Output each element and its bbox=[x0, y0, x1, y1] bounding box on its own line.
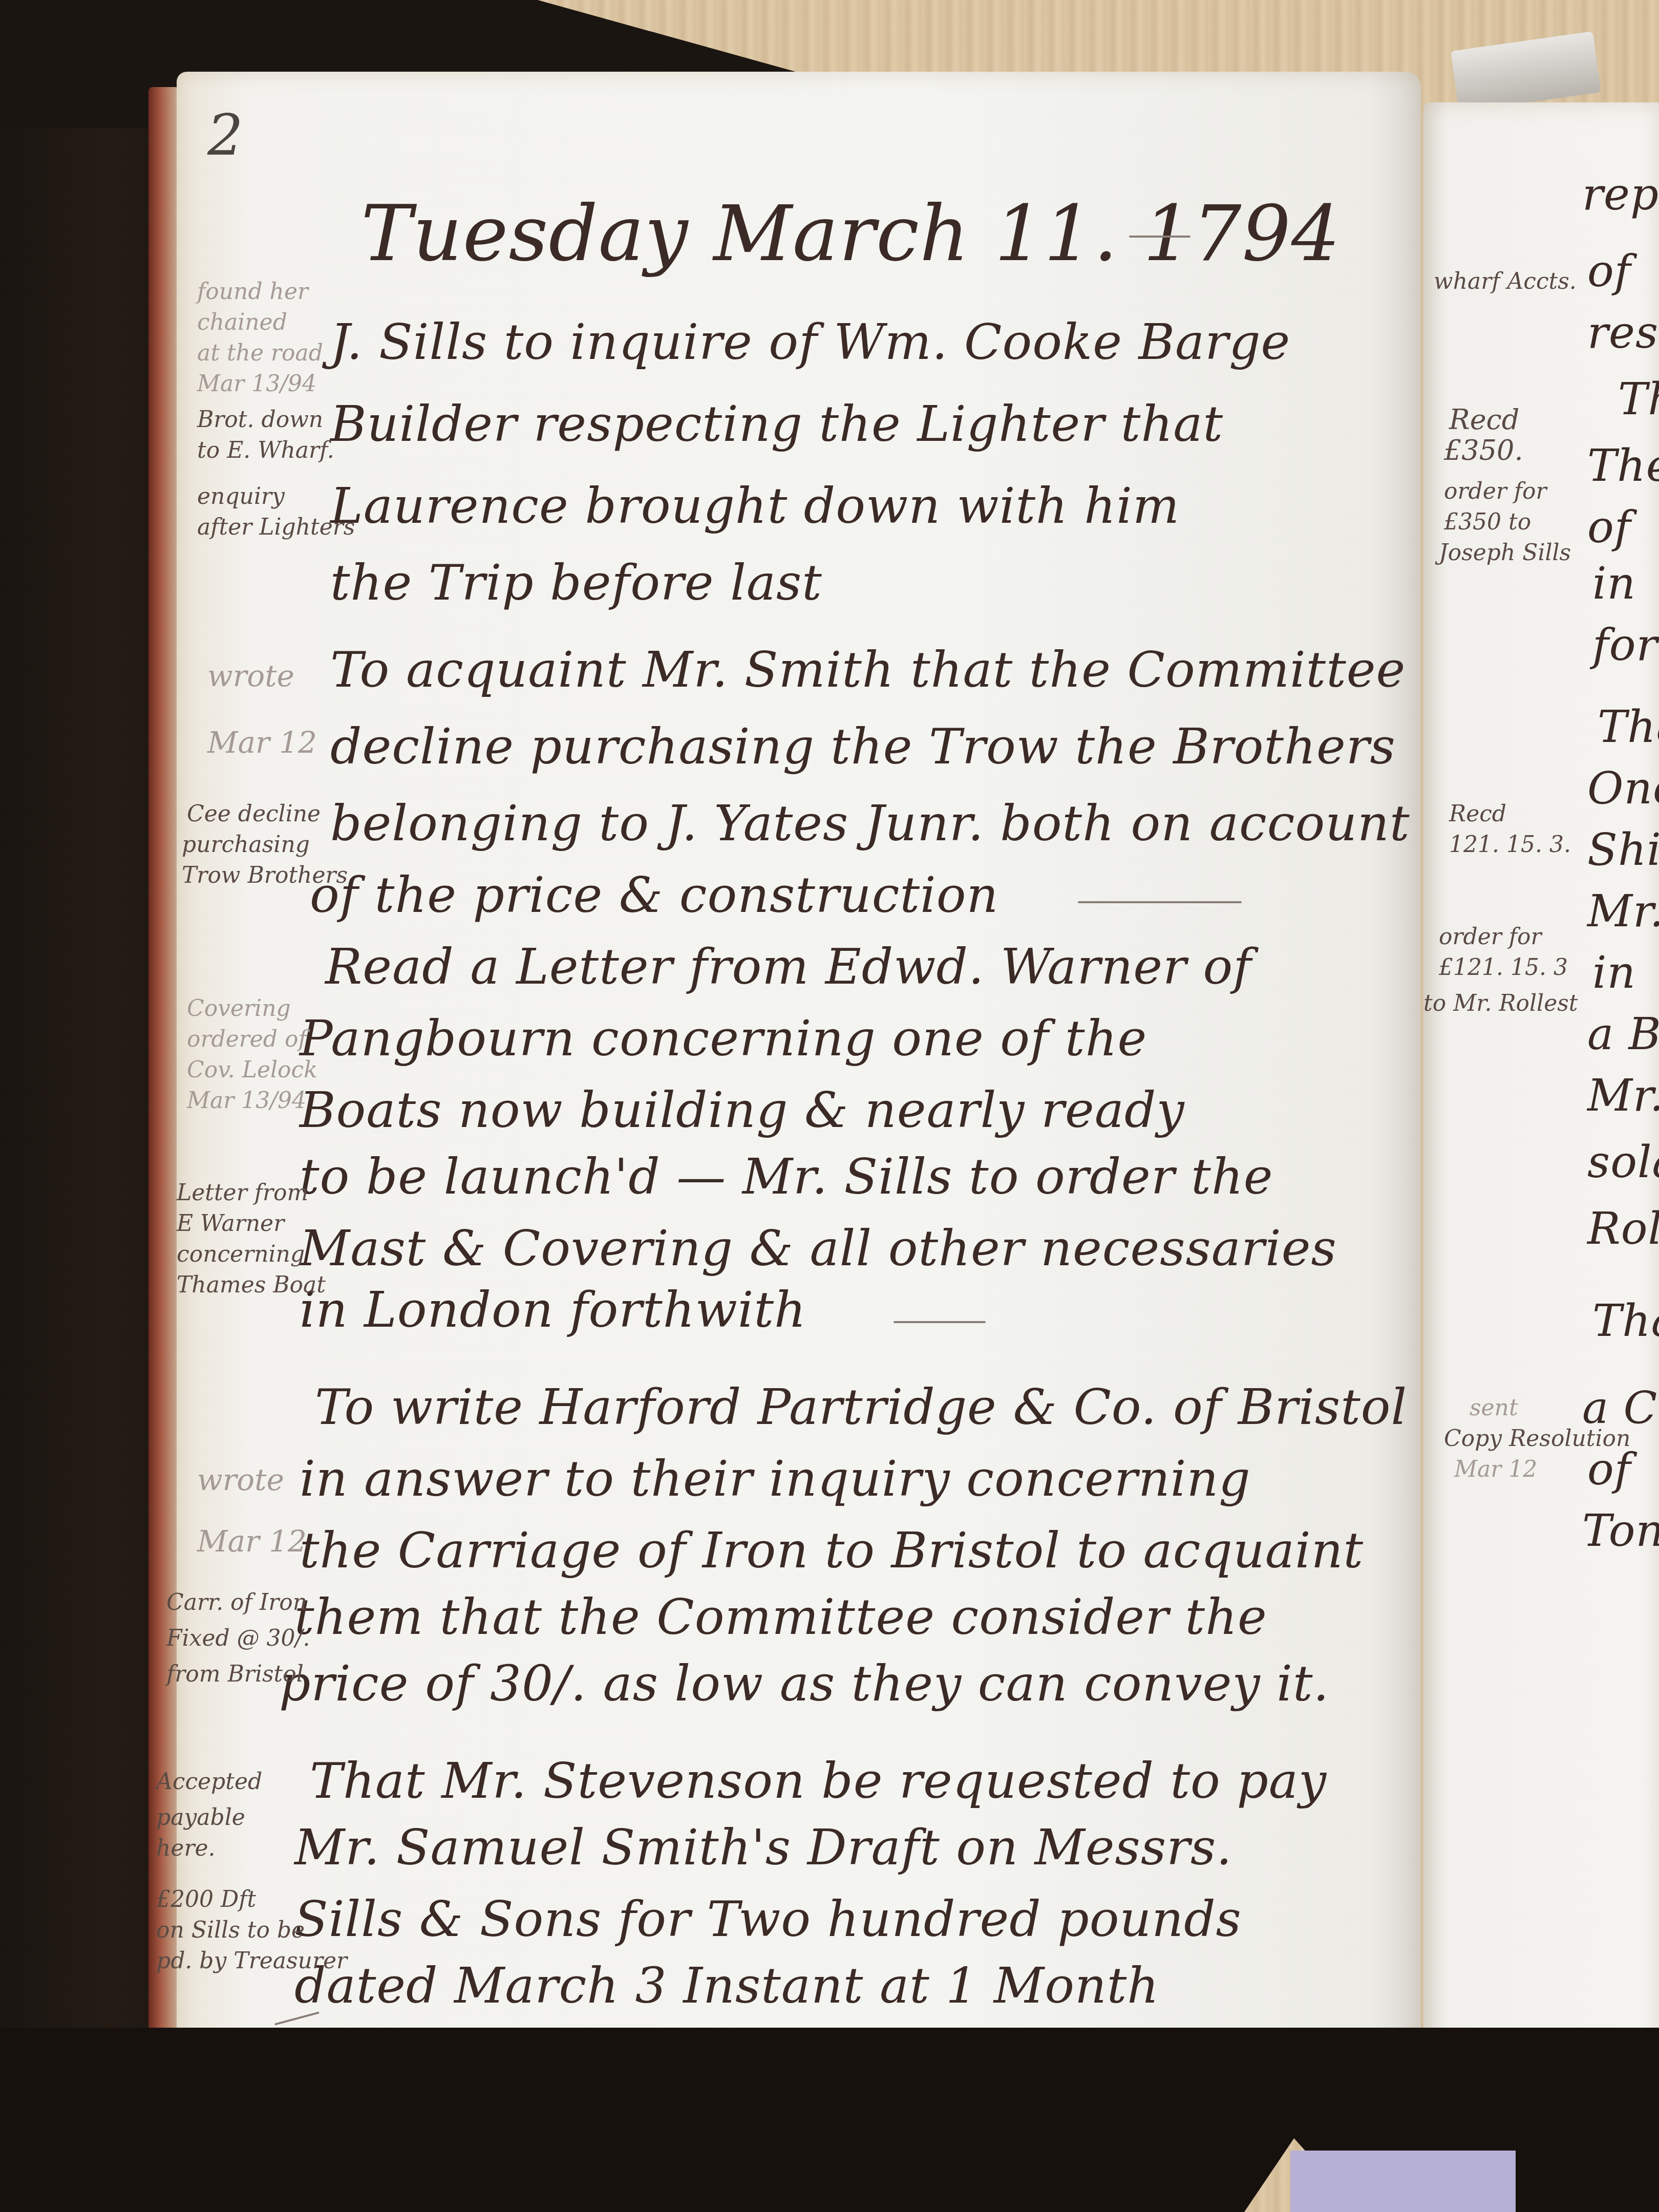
entry-line: To acquaint Mr. Smith that the Committee bbox=[330, 645, 1406, 694]
text-fragment: Mr. bbox=[1587, 1070, 1659, 1121]
left-page: 2 Tuesday March 11. 1794 J. Sills to inq… bbox=[177, 72, 1421, 2069]
entry-line: To write Harford Partridge & Co. of Bris… bbox=[315, 1382, 1407, 1432]
entry-line: J. Sills to inquire of Wm. Cooke Barge bbox=[330, 317, 1290, 367]
margin-note: £121. 15. 3 bbox=[1439, 952, 1568, 983]
entry-line: Builder respecting the Lighter that bbox=[330, 399, 1223, 449]
entry-end-dash bbox=[894, 1321, 986, 1323]
entry-line: price of 30/. as low as they can convey … bbox=[279, 1659, 1329, 1708]
margin-note: Mar 13/94 bbox=[197, 369, 316, 399]
margin-note: after Lighters bbox=[197, 512, 355, 543]
entry-end-dash bbox=[1078, 901, 1242, 903]
text-fragment: for bbox=[1592, 620, 1658, 671]
text-fragment: of bbox=[1587, 1444, 1631, 1495]
entry-line: dated March 3 Instant at 1 Month bbox=[294, 1961, 1159, 2010]
margin-note: Mar 13/94 bbox=[187, 1086, 306, 1116]
entry-line: Boats now building & nearly ready bbox=[300, 1086, 1185, 1135]
heading-flourish bbox=[1129, 236, 1190, 238]
margin-note: Recd bbox=[1449, 405, 1519, 435]
facing-page: wharf Accts. Recd £350. order for £350 t… bbox=[1423, 102, 1659, 2115]
margin-note: Mar 12 bbox=[197, 1526, 307, 1557]
text-fragment: Rol bbox=[1587, 1203, 1659, 1254]
entry-line: of the price & construction bbox=[310, 870, 998, 920]
text-fragment: Tha bbox=[1598, 701, 1659, 753]
margin-note: Cov. Lelock bbox=[187, 1055, 317, 1086]
entry-line: Pangbourn concerning one of the bbox=[300, 1014, 1147, 1063]
margin-note: Letter from bbox=[177, 1178, 308, 1208]
margin-note: Fixed @ 30/. bbox=[166, 1623, 310, 1654]
margin-note: enquiry bbox=[197, 481, 285, 512]
margin-note: £350 to bbox=[1444, 507, 1531, 538]
entry-line: to be launch'd — Mr. Sills to order the bbox=[300, 1152, 1273, 1201]
margin-note: chained bbox=[197, 307, 287, 338]
lavender-surface bbox=[1290, 2151, 1516, 2212]
text-fragment: Mr. bbox=[1587, 886, 1659, 937]
margin-note: to Mr. Rollest bbox=[1423, 988, 1578, 1019]
entry-line: in answer to their inquiry concerning bbox=[300, 1454, 1251, 1503]
entry-line: Laurence brought down with him bbox=[330, 481, 1180, 530]
margin-note: payable bbox=[156, 1802, 245, 1833]
entry-line: Read a Letter from Edwd. Warner of bbox=[325, 942, 1252, 991]
margin-note: Brot. down bbox=[197, 405, 323, 435]
text-fragment: in bbox=[1592, 947, 1636, 998]
text-fragment: Ton bbox=[1582, 1505, 1659, 1557]
text-fragment: res bbox=[1587, 307, 1658, 358]
entry-line: Mast & Covering & all other necessaries bbox=[300, 1224, 1337, 1273]
entry-line: decline purchasing the Trow the Brothers bbox=[330, 722, 1396, 771]
book-spine-edge bbox=[148, 87, 179, 2048]
margin-note: £200 Dft bbox=[156, 1884, 256, 1915]
margin-note: wrote bbox=[197, 1464, 284, 1495]
margin-note: Carr. of Iron bbox=[166, 1587, 307, 1618]
entry-line: That Mr. Stevenson be requested to pay bbox=[310, 1756, 1327, 1805]
text-fragment: Shi bbox=[1587, 824, 1659, 876]
entry-line: the Trip before last bbox=[330, 558, 822, 607]
margin-note: wrote bbox=[207, 661, 294, 691]
margin-note: found her bbox=[197, 276, 308, 307]
margin-note: Mar 12 bbox=[207, 727, 317, 758]
margin-note: Recd bbox=[1449, 799, 1506, 829]
margin-note: purchasing bbox=[182, 829, 310, 860]
entry-line: the Carriage of Iron to Bristol to acqua… bbox=[300, 1526, 1364, 1575]
margin-note: to E. Wharf. bbox=[197, 435, 334, 466]
text-fragment: rep bbox=[1582, 169, 1659, 220]
margin-note: pd. by Treasurer bbox=[156, 1946, 347, 1976]
margin-note: from Bristol bbox=[166, 1659, 304, 1690]
margin-note: Accepted bbox=[156, 1767, 262, 1797]
entry-line: Mr. Samuel Smith's Draft on Messrs. bbox=[294, 1823, 1232, 1872]
page-heading-date: Tuesday March 11. 1794 bbox=[361, 189, 1341, 279]
margin-note: concerning bbox=[177, 1239, 305, 1270]
entry-line: in London forthwith bbox=[300, 1285, 806, 1334]
margin-note: here. bbox=[156, 1833, 215, 1864]
text-fragment: Th bbox=[1618, 374, 1659, 425]
text-fragment: of bbox=[1587, 502, 1631, 553]
text-fragment: Tha bbox=[1592, 1295, 1659, 1347]
margin-note: Joseph Sills bbox=[1439, 538, 1571, 568]
page-number: 2 bbox=[207, 102, 244, 168]
margin-note: ordered of bbox=[187, 1024, 307, 1055]
entry-line: Sills & Sons for Two hundred pounds bbox=[294, 1895, 1242, 1944]
entry-line: belonging to J. Yates Junr. both on acco… bbox=[330, 799, 1410, 848]
margin-note: order for bbox=[1439, 922, 1542, 952]
margin-note: wharf Accts. bbox=[1434, 266, 1577, 297]
margin-note: Thames Boat bbox=[177, 1270, 326, 1301]
margin-note: Mar 12 bbox=[1454, 1454, 1537, 1485]
margin-note: Trow Brothers bbox=[182, 860, 348, 891]
text-fragment: sola bbox=[1587, 1137, 1659, 1188]
text-fragment: a B bbox=[1587, 1009, 1659, 1060]
margin-note: Cee decline bbox=[187, 799, 321, 829]
entry-line: them that the Committee consider the bbox=[294, 1592, 1267, 1642]
margin-note: at the road bbox=[197, 338, 323, 369]
margin-note: sent bbox=[1470, 1393, 1518, 1423]
text-fragment: One bbox=[1587, 763, 1659, 814]
margin-note: order for bbox=[1444, 476, 1547, 507]
margin-note: Covering bbox=[187, 993, 291, 1024]
text-fragment: of bbox=[1587, 246, 1631, 297]
text-fragment: in bbox=[1592, 558, 1636, 609]
margin-note: E Warner bbox=[177, 1208, 284, 1239]
text-fragment: a Co bbox=[1582, 1382, 1659, 1434]
margin-note: on Sills to be bbox=[156, 1915, 305, 1946]
margin-note: 121. 15. 3. bbox=[1449, 829, 1571, 860]
margin-note: £350. bbox=[1444, 435, 1523, 466]
text-fragment: The bbox=[1587, 440, 1659, 492]
